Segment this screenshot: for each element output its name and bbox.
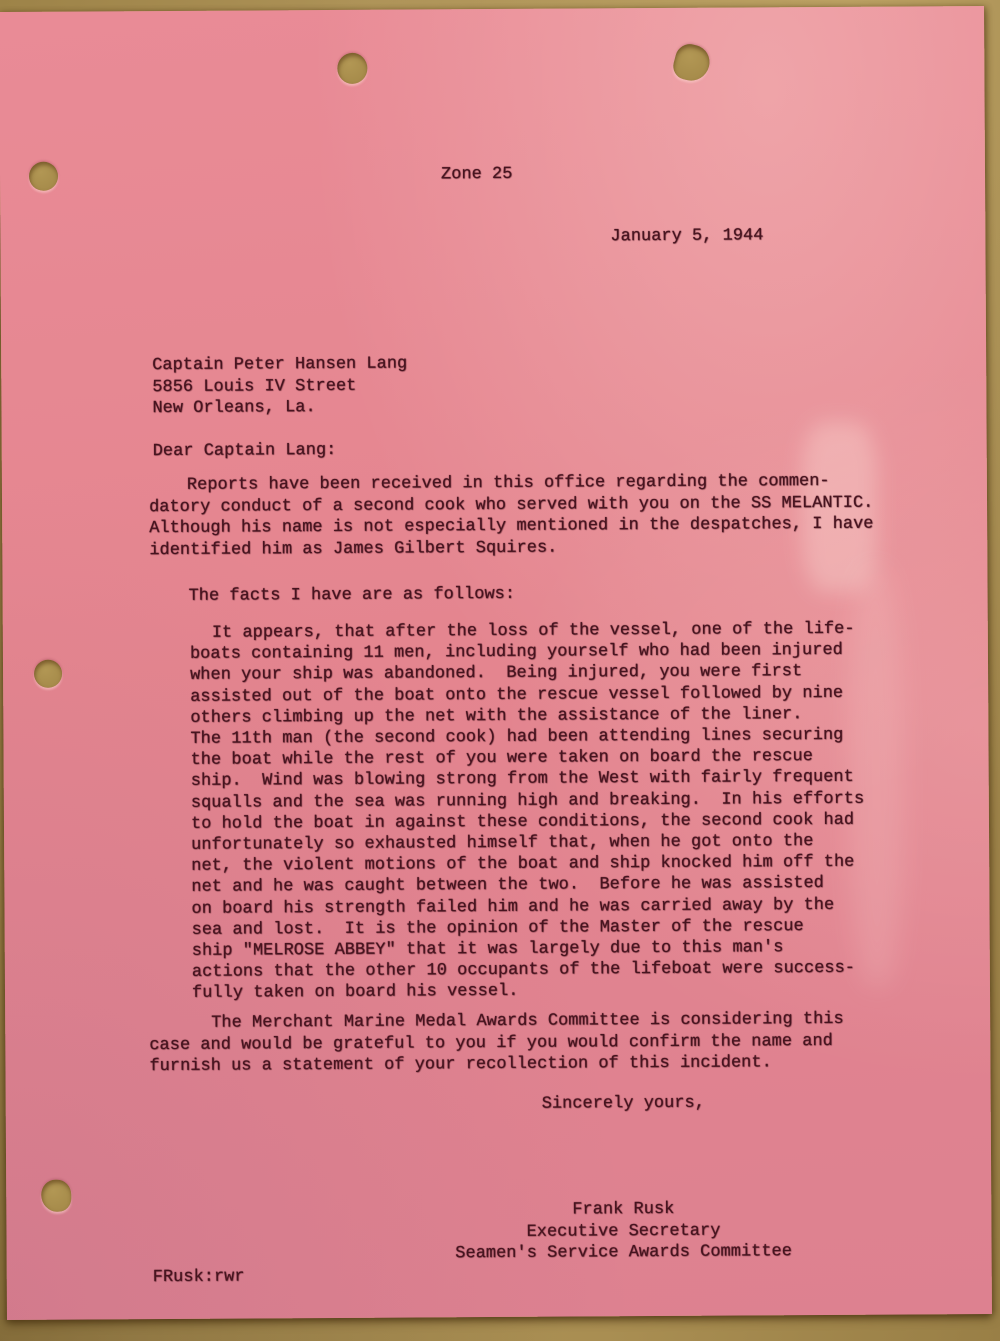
closing: Sincerely yours, [542, 1093, 705, 1116]
punch-hole-left-lower [41, 1180, 71, 1212]
punch-hole-left-middle [34, 660, 62, 688]
typist-initials: FRusk:rwr [153, 1267, 245, 1289]
punch-hole-top-left [337, 53, 367, 84]
cardboard-background: Zone 25 January 5, 1944 Captain Peter Ha… [0, 0, 1000, 1341]
punch-hole-top-right [670, 41, 713, 85]
recipient-address: Captain Peter Hansen Lang 5856 Louis IV … [152, 354, 407, 420]
zone-label: Zone 25 [441, 164, 513, 186]
paragraph-3: The Merchant Marine Medal Awards Committ… [149, 1008, 929, 1078]
punch-hole-left-upper [29, 162, 58, 191]
letter-paper: Zone 25 January 5, 1944 Captain Peter Ha… [0, 6, 992, 1320]
letter-date: January 5, 1944 [610, 225, 763, 248]
facts-intro: The facts I have are as follows: [189, 584, 516, 608]
signature-block: Frank Rusk Executive Secretary Seamen's … [384, 1198, 862, 1266]
salutation: Dear Captain Lang: [153, 440, 337, 463]
paragraph-2: It appears, that after the loss of the v… [190, 618, 912, 1004]
paragraph-1: Reports have been received in this offic… [149, 470, 910, 561]
